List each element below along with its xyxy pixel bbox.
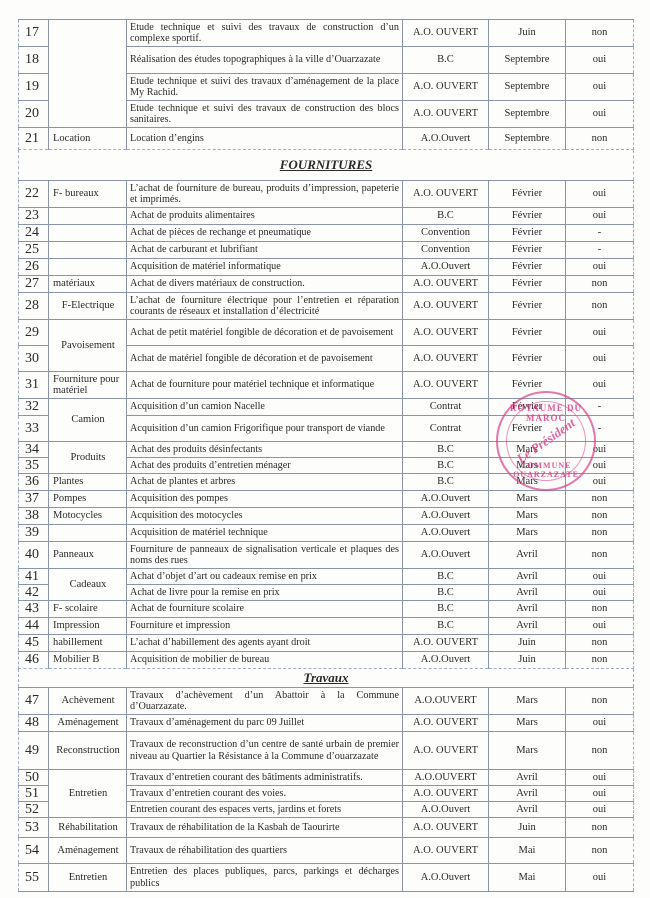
row-procurement-mode: A.O.Ouvert xyxy=(403,259,489,276)
row-flag: oui xyxy=(566,259,634,276)
table-row: 32CamionAcquisition d’un camion NacelleC… xyxy=(19,399,634,416)
row-procurement-mode: A.O.Ouvert xyxy=(403,864,489,892)
row-procurement-mode: A.O. OUVERT xyxy=(403,293,489,320)
table-row: 17Etude technique et suivi des travaux d… xyxy=(19,20,634,47)
row-number: 38 xyxy=(19,508,49,525)
row-procurement-mode: A.O. OUVERT xyxy=(403,181,489,208)
row-number: 49 xyxy=(19,732,49,770)
row-description: Etude technique et suivi des travaux de … xyxy=(127,101,403,128)
row-number: 17 xyxy=(19,20,49,47)
row-month: Février xyxy=(489,320,566,346)
row-month: Février xyxy=(489,346,566,372)
row-flag: - xyxy=(566,225,634,242)
table-row: 23Achat de produits alimentairesB.CFévri… xyxy=(19,208,634,225)
row-category: Entretien xyxy=(49,770,127,818)
row-flag: oui xyxy=(566,864,634,892)
table-row: 55EntretienEntretien des places publique… xyxy=(19,864,634,892)
row-category: Reconstruction xyxy=(49,732,127,770)
row-month: Février xyxy=(489,208,566,225)
row-procurement-mode: B.C xyxy=(403,458,489,474)
row-procurement-mode: A.O. OUVERT xyxy=(403,818,489,838)
row-number: 50 xyxy=(19,770,49,786)
table-row: 25Achat de carburant et lubrifiantConven… xyxy=(19,242,634,259)
row-description: Réalisation des études topographiques à … xyxy=(127,47,403,74)
row-flag: non xyxy=(566,601,634,618)
row-category xyxy=(49,525,127,542)
table-row: 21LocationLocation d’enginsA.O.OuvertSep… xyxy=(19,128,634,150)
row-number: 47 xyxy=(19,688,49,715)
row-number: 32 xyxy=(19,399,49,416)
row-flag: oui xyxy=(566,715,634,732)
row-number: 23 xyxy=(19,208,49,225)
row-number: 41 xyxy=(19,569,49,585)
table-row: 50EntretienTravaux d’entretien courant d… xyxy=(19,770,634,786)
table-row: 38MotocyclesAcquisition des motocyclesA.… xyxy=(19,508,634,525)
table-row: 40PanneauxFourniture de panneaux de sign… xyxy=(19,542,634,569)
section-title: FOURNITURES xyxy=(19,150,634,181)
row-procurement-mode: B.C xyxy=(403,442,489,458)
row-category: Cadeaux xyxy=(49,569,127,601)
row-description: Acquisition de matériel informatique xyxy=(127,259,403,276)
row-month: Juin xyxy=(489,818,566,838)
row-procurement-mode: A.O.OUVERT xyxy=(403,770,489,786)
row-description: Etude technique et suivi des travaux de … xyxy=(127,20,403,47)
row-procurement-mode: A.O. OUVERT xyxy=(403,20,489,47)
row-month: Février xyxy=(489,225,566,242)
row-procurement-mode: Contrat xyxy=(403,399,489,416)
table-row: 45habillementL’achat d’habillement des a… xyxy=(19,635,634,652)
row-number: 21 xyxy=(19,128,49,150)
section-title: Travaux xyxy=(19,669,634,688)
section-header-row: FOURNITURES xyxy=(19,150,634,181)
row-month: Avril xyxy=(489,569,566,585)
row-procurement-mode: A.O.Ouvert xyxy=(403,542,489,569)
row-number: 55 xyxy=(19,864,49,892)
table-row: 46Mobilier BAcquisition de mobilier de b… xyxy=(19,652,634,669)
table-row: 27matériauxAchat de divers matériaux de … xyxy=(19,276,634,293)
row-category: Aménagement xyxy=(49,715,127,732)
table-row: 36PlantesAchat de plantes et arbresB.CMa… xyxy=(19,474,634,491)
row-month: Mars xyxy=(489,458,566,474)
row-month: Février xyxy=(489,276,566,293)
row-procurement-mode: A.O. OUVERT xyxy=(403,74,489,101)
row-description: Achat de pièces de rechange et pneumatiq… xyxy=(127,225,403,242)
row-flag: oui xyxy=(566,618,634,635)
row-description: L’achat d’habillement des agents ayant d… xyxy=(127,635,403,652)
row-procurement-mode: A.O. OUVERT xyxy=(403,838,489,864)
row-number: 45 xyxy=(19,635,49,652)
row-number: 42 xyxy=(19,585,49,601)
row-category: Achèvement xyxy=(49,688,127,715)
row-category: Impression xyxy=(49,618,127,635)
row-month: Février xyxy=(489,181,566,208)
row-category: F- scolaire xyxy=(49,601,127,618)
row-month: Avril xyxy=(489,802,566,818)
row-number: 54 xyxy=(19,838,49,864)
row-description: Entretien courant des espaces verts, jar… xyxy=(127,802,403,818)
row-month: Avril xyxy=(489,542,566,569)
row-description: Travaux d’achèvement d’un Abattoir à la … xyxy=(127,688,403,715)
row-description: Location d’engins xyxy=(127,128,403,150)
row-number: 43 xyxy=(19,601,49,618)
row-procurement-mode: A.O. OUVERT xyxy=(403,786,489,802)
row-description: Achat de livre pour la remise en prix xyxy=(127,585,403,601)
table-row: 43F- scolaireAchat de fourniture scolair… xyxy=(19,601,634,618)
row-month: Mars xyxy=(489,525,566,542)
row-month: Septembre xyxy=(489,47,566,74)
table-row: 41CadeauxAchat d’objet d’art ou cadeaux … xyxy=(19,569,634,585)
row-category xyxy=(49,242,127,259)
row-description: Achat de fourniture pour matériel techni… xyxy=(127,372,403,399)
row-number: 39 xyxy=(19,525,49,542)
procurement-table: 17Etude technique et suivi des travaux d… xyxy=(18,19,634,892)
table-row: 39Acquisition de matériel techniqueA.O.O… xyxy=(19,525,634,542)
row-category: Aménagement xyxy=(49,838,127,864)
row-description: Fourniture et impression xyxy=(127,618,403,635)
row-procurement-mode: B.C xyxy=(403,618,489,635)
table-row: 26Acquisition de matériel informatiqueA.… xyxy=(19,259,634,276)
row-number: 48 xyxy=(19,715,49,732)
row-description: Achat de produits alimentaires xyxy=(127,208,403,225)
row-number: 33 xyxy=(19,416,49,442)
row-procurement-mode: A.O.Ouvert xyxy=(403,525,489,542)
row-number: 44 xyxy=(19,618,49,635)
row-category: Plantes xyxy=(49,474,127,491)
row-flag: non xyxy=(566,542,634,569)
table-row: 44ImpressionFourniture et impressionB.CA… xyxy=(19,618,634,635)
row-procurement-mode: Convention xyxy=(403,242,489,259)
row-flag: oui xyxy=(566,569,634,585)
row-description: Achat de carburant et lubrifiant xyxy=(127,242,403,259)
row-number: 25 xyxy=(19,242,49,259)
row-procurement-mode: A.O.Ouvert xyxy=(403,128,489,150)
row-number: 52 xyxy=(19,802,49,818)
row-flag: oui xyxy=(566,320,634,346)
row-number: 36 xyxy=(19,474,49,491)
row-description: Achat de matériel fongible de décoration… xyxy=(127,346,403,372)
row-procurement-mode: A.O. OUVERT xyxy=(403,101,489,128)
row-description: Fourniture de panneaux de signalisation … xyxy=(127,542,403,569)
row-flag: non xyxy=(566,508,634,525)
row-procurement-mode: A.O. OUVERT xyxy=(403,635,489,652)
row-number: 27 xyxy=(19,276,49,293)
row-description: Achat de divers matériaux de constructio… xyxy=(127,276,403,293)
row-number: 35 xyxy=(19,458,49,474)
row-flag: oui xyxy=(566,346,634,372)
row-number: 29 xyxy=(19,320,49,346)
row-procurement-mode: A.O.Ouvert xyxy=(403,802,489,818)
row-procurement-mode: A.O. OUVERT xyxy=(403,346,489,372)
row-month: Avril xyxy=(489,770,566,786)
row-month: Mars xyxy=(489,491,566,508)
row-procurement-mode: A.O. OUVERT xyxy=(403,320,489,346)
row-description: Travaux d’entretien courant des voies. xyxy=(127,786,403,802)
row-flag: non xyxy=(566,818,634,838)
row-flag: oui xyxy=(566,442,634,458)
row-procurement-mode: A.O. OUVERT xyxy=(403,372,489,399)
row-description: Travaux de réhabilitation des quartiers xyxy=(127,838,403,864)
row-number: 51 xyxy=(19,786,49,802)
procurement-plan-document: 17Etude technique et suivi des travaux d… xyxy=(18,19,633,892)
row-description: Acquisition des pompes xyxy=(127,491,403,508)
row-category: Réhabilitation xyxy=(49,818,127,838)
row-number: 34 xyxy=(19,442,49,458)
row-number: 22 xyxy=(19,181,49,208)
row-category xyxy=(49,259,127,276)
row-description: Travaux de réhabilitation de la Kasbah d… xyxy=(127,818,403,838)
row-category: Panneaux xyxy=(49,542,127,569)
row-procurement-mode: A.O.Ouvert xyxy=(403,508,489,525)
table-row: 29PavoisementAchat de petit matériel fon… xyxy=(19,320,634,346)
row-flag: non xyxy=(566,525,634,542)
row-description: Etude technique et suivi des travaux d’a… xyxy=(127,74,403,101)
row-flag: - xyxy=(566,399,634,416)
row-number: 30 xyxy=(19,346,49,372)
row-description: Achat de fourniture scolaire xyxy=(127,601,403,618)
row-month: Juin xyxy=(489,20,566,47)
row-month: Février xyxy=(489,259,566,276)
row-number: 37 xyxy=(19,491,49,508)
table-row: 53RéhabilitationTravaux de réhabilitatio… xyxy=(19,818,634,838)
row-flag: oui xyxy=(566,585,634,601)
row-number: 31 xyxy=(19,372,49,399)
row-description: Achat de plantes et arbres xyxy=(127,474,403,491)
row-category: F-Electrique xyxy=(49,293,127,320)
row-number: 46 xyxy=(19,652,49,669)
row-month: Avril xyxy=(489,585,566,601)
row-procurement-mode: A.O.Ouvert xyxy=(403,652,489,669)
row-flag: non xyxy=(566,20,634,47)
row-procurement-mode: A.O. OUVERT xyxy=(403,715,489,732)
row-description: Acquisition d’un camion Frigorifique pou… xyxy=(127,416,403,442)
row-month: Février xyxy=(489,399,566,416)
row-number: 24 xyxy=(19,225,49,242)
row-procurement-mode: Convention xyxy=(403,225,489,242)
row-description: Travaux d’entretien courant des bâtiment… xyxy=(127,770,403,786)
row-month: Juin xyxy=(489,652,566,669)
table-row: 49ReconstructionTravaux de reconstructio… xyxy=(19,732,634,770)
row-description: Travaux d’aménagement du parc 09 Juillet xyxy=(127,715,403,732)
row-month: Mars xyxy=(489,688,566,715)
row-description: Achat des produits désinfectants xyxy=(127,442,403,458)
row-flag: non xyxy=(566,491,634,508)
row-month: Mars xyxy=(489,715,566,732)
row-description: Acquisition d’un camion Nacelle xyxy=(127,399,403,416)
row-procurement-mode: B.C xyxy=(403,585,489,601)
table-row: 54AménagementTravaux de réhabilitation d… xyxy=(19,838,634,864)
row-category: Camion xyxy=(49,399,127,442)
row-description: L’achat de fourniture électrique pour l’… xyxy=(127,293,403,320)
row-flag: non xyxy=(566,688,634,715)
row-number: 18 xyxy=(19,47,49,74)
row-month: Septembre xyxy=(489,101,566,128)
row-month: Mars xyxy=(489,474,566,491)
row-description: Achat de petit matériel fongible de déco… xyxy=(127,320,403,346)
row-procurement-mode: A.O. OUVERT xyxy=(403,276,489,293)
row-flag: - xyxy=(566,416,634,442)
row-category: Mobilier B xyxy=(49,652,127,669)
row-month: Mars xyxy=(489,732,566,770)
row-month: Mai xyxy=(489,864,566,892)
row-procurement-mode: B.C xyxy=(403,208,489,225)
row-month: Avril xyxy=(489,618,566,635)
row-flag: oui xyxy=(566,474,634,491)
table-row: 28F-ElectriqueL’achat de fourniture élec… xyxy=(19,293,634,320)
row-flag: non xyxy=(566,293,634,320)
row-month: Avril xyxy=(489,786,566,802)
row-category: Produits xyxy=(49,442,127,474)
row-flag: - xyxy=(566,242,634,259)
row-flag: oui xyxy=(566,208,634,225)
table-row: 22F- bureauxL’achat de fourniture de bur… xyxy=(19,181,634,208)
row-flag: oui xyxy=(566,372,634,399)
row-procurement-mode: A.O. OUVERT xyxy=(403,732,489,770)
row-category xyxy=(49,208,127,225)
row-description: Achat d’objet d’art ou cadeaux remise en… xyxy=(127,569,403,585)
row-flag: oui xyxy=(566,74,634,101)
row-description: Acquisition de matériel technique xyxy=(127,525,403,542)
row-flag: oui xyxy=(566,770,634,786)
row-flag: oui xyxy=(566,458,634,474)
row-procurement-mode: B.C xyxy=(403,47,489,74)
row-month: Février xyxy=(489,242,566,259)
row-category: Location xyxy=(49,128,127,150)
row-category: F- bureaux xyxy=(49,181,127,208)
table-row: 47AchèvementTravaux d’achèvement d’un Ab… xyxy=(19,688,634,715)
row-flag: oui xyxy=(566,802,634,818)
row-flag: oui xyxy=(566,181,634,208)
row-month: Septembre xyxy=(489,128,566,150)
row-category xyxy=(49,225,127,242)
row-month: Mai xyxy=(489,838,566,864)
row-number: 26 xyxy=(19,259,49,276)
table-row: 34ProduitsAchat des produits désinfectan… xyxy=(19,442,634,458)
row-number: 28 xyxy=(19,293,49,320)
row-description: Travaux de reconstruction d’un centre de… xyxy=(127,732,403,770)
row-number: 53 xyxy=(19,818,49,838)
table-row: 24Achat de pièces de rechange et pneumat… xyxy=(19,225,634,242)
row-month: Février xyxy=(489,416,566,442)
row-number: 20 xyxy=(19,101,49,128)
row-flag: non xyxy=(566,635,634,652)
row-description: Achat des produits d’entretien ménager xyxy=(127,458,403,474)
row-month: Février xyxy=(489,293,566,320)
row-procurement-mode: A.O.OUVERT xyxy=(403,688,489,715)
table-row: 31Fourniture pour matérielAchat de fourn… xyxy=(19,372,634,399)
row-category: matériaux xyxy=(49,276,127,293)
row-procurement-mode: B.C xyxy=(403,601,489,618)
row-month: Mars xyxy=(489,508,566,525)
row-procurement-mode: A.O.Ouvert xyxy=(403,491,489,508)
row-description: Entretien des places publiques, parcs, p… xyxy=(127,864,403,892)
row-category xyxy=(49,20,127,128)
row-category: Entretien xyxy=(49,864,127,892)
table-row: 37PompesAcquisition des pompesA.O.Ouvert… xyxy=(19,491,634,508)
row-flag: oui xyxy=(566,786,634,802)
row-procurement-mode: Contrat xyxy=(403,416,489,442)
row-category: Motocycles xyxy=(49,508,127,525)
row-month: Mars xyxy=(489,442,566,458)
row-procurement-mode: B.C xyxy=(403,474,489,491)
row-number: 19 xyxy=(19,74,49,101)
row-procurement-mode: B.C xyxy=(403,569,489,585)
row-category: Pavoisement xyxy=(49,320,127,372)
row-month: Juin xyxy=(489,635,566,652)
row-flag: non xyxy=(566,276,634,293)
row-month: Septembre xyxy=(489,74,566,101)
row-description: Acquisition de mobilier de bureau xyxy=(127,652,403,669)
row-category: Fourniture pour matériel xyxy=(49,372,127,399)
row-description: L’achat de fourniture de bureau, produit… xyxy=(127,181,403,208)
section-header-row: Travaux xyxy=(19,669,634,688)
row-flag: non xyxy=(566,732,634,770)
row-category: habillement xyxy=(49,635,127,652)
row-flag: non xyxy=(566,838,634,864)
row-category: Pompes xyxy=(49,491,127,508)
row-flag: oui xyxy=(566,47,634,74)
table-row: 48AménagementTravaux d’aménagement du pa… xyxy=(19,715,634,732)
row-flag: oui xyxy=(566,101,634,128)
row-number: 40 xyxy=(19,542,49,569)
row-description: Acquisition des motocycles xyxy=(127,508,403,525)
row-month: Avril xyxy=(489,601,566,618)
row-month: Février xyxy=(489,372,566,399)
row-flag: non xyxy=(566,652,634,669)
row-flag: non xyxy=(566,128,634,150)
